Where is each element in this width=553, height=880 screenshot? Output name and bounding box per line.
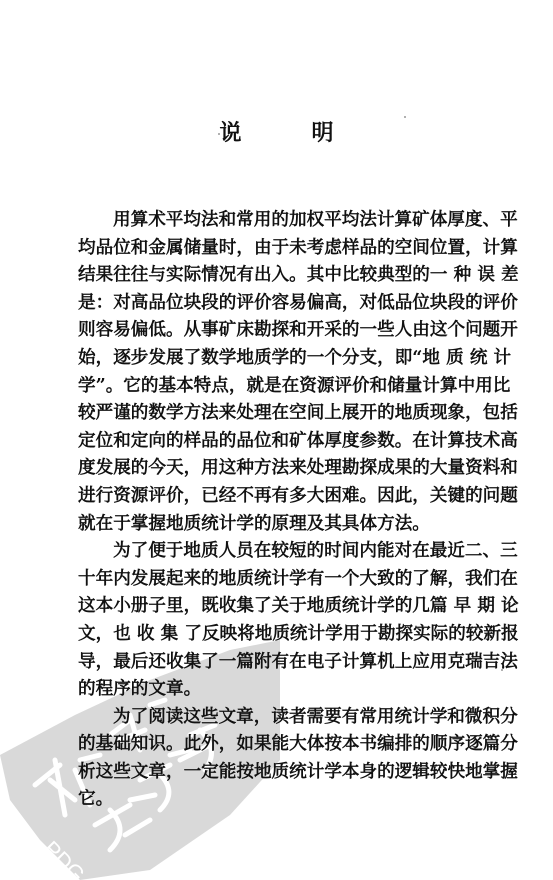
- paragraph-1-line-1: 用算术平均法和常用的加权平均法计算矿体厚度、平: [78, 206, 498, 234]
- paragraph-2-line-4: 文，也 收 集 了反映将地质统计学用于勘探实际的较新报: [78, 620, 498, 648]
- paragraph-1-line-5: 则容易偏低。从事矿床勘探和开采的一些人由这个问题开: [78, 316, 498, 344]
- paragraph-1-line-6: 始，逐步发展了数学地质学的一个分支，即“地 质 统 计: [78, 344, 498, 372]
- paragraph-2-line-5: 导，最后还收集了一篇附有在电子计算机上应用克瑞吉法: [78, 648, 498, 676]
- paragraph-1-line-10: 度发展的今天，用这种方法来处理勘探成果的大量资料和: [78, 454, 498, 482]
- scan-speck: [404, 116, 406, 118]
- paragraph-2-line-3: 这本小册子里，既收集了关于地质统计学的几篇 早 期 论: [78, 592, 498, 620]
- paragraph-1-line-4: 是：对高品位块段的评价容易偏高，对低品位块段的评价: [78, 289, 498, 317]
- scan-speck: [218, 133, 220, 135]
- paragraph-1-line-2: 均品位和金属储量时，由于未考虑样品的空间位置，计算: [78, 234, 498, 262]
- paragraph-3-line-3: 析这些文章，一定能按地质统计学本身的逻辑较快地掌握: [78, 758, 498, 786]
- paragraph-1-line-7: 学”。它的基本特点，就是在资源评价和储量计算中用比: [78, 372, 498, 400]
- scanned-page: PDG 说明 用算术平均法和常用的加权平均法计算矿体厚度、平 均品位和金属储量时…: [0, 0, 553, 880]
- scan-speck: [501, 669, 503, 671]
- title-char-1: 说: [219, 116, 241, 147]
- paragraph-2-line-1: 为了便于地质人员在较短的时间内能对在最近二、三: [78, 537, 498, 565]
- paragraph-2-line-6: 的程序的文章。: [78, 675, 498, 703]
- paragraph-1-line-3: 结果往往与实际情况有出入。其中比较典型的一 种 误 差: [78, 261, 498, 289]
- paragraph-2-line-2: 十年内发展起来的地质统计学有一个大致的了解，我们在: [78, 565, 498, 593]
- paragraph-3-line-2: 的基础知识。此外，如果能大体按本书编排的顺序逐篇分: [78, 730, 498, 758]
- title-char-2: 明: [312, 116, 334, 147]
- paragraph-1-line-8: 较严谨的数学方法来处理在空间上展开的地质现象，包括: [78, 399, 498, 427]
- page-title: 说明: [0, 116, 553, 147]
- paragraph-1-line-11: 进行资源评价，已经不再有多大困难。因此，关键的问题: [78, 482, 498, 510]
- paragraph-3-line-4: 它。: [78, 785, 498, 813]
- paragraph-1-line-12: 就在于掌握地质统计学的原理及其具体方法。: [78, 510, 498, 538]
- scan-speck: [504, 466, 506, 468]
- paragraph-1-line-9: 定位和定向的样品的品位和矿体厚度参数。在计算技术高: [78, 427, 498, 455]
- body-text: 用算术平均法和常用的加权平均法计算矿体厚度、平 均品位和金属储量时，由于未考虑样…: [78, 206, 498, 813]
- paragraph-3-line-1: 为了阅读这些文章，读者需要有常用统计学和微积分: [78, 703, 498, 731]
